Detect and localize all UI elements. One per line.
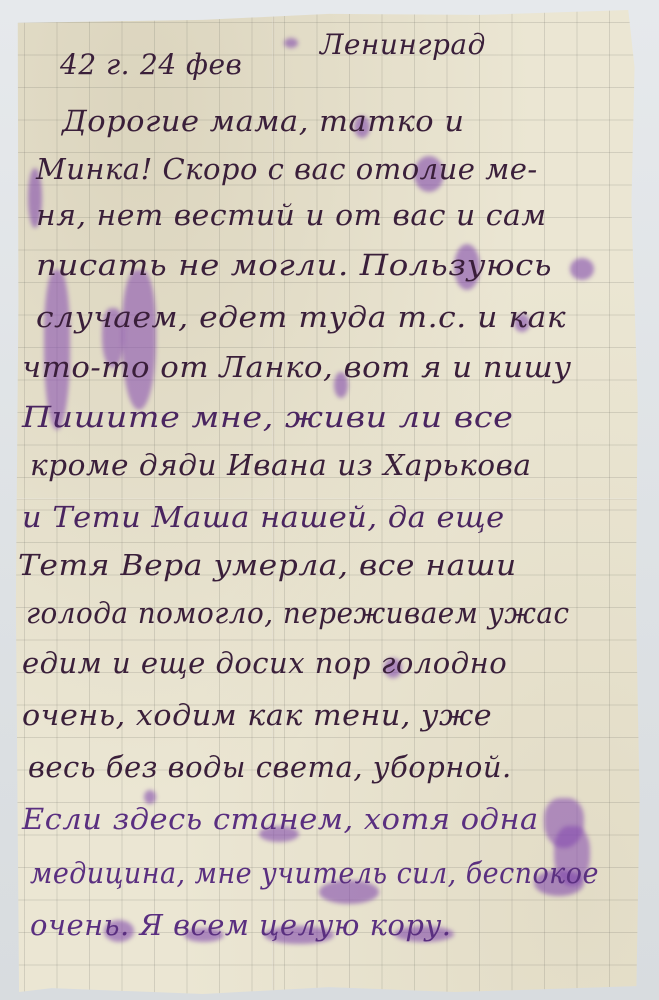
letter-line-7: Пишите мне, живи ли все: [22, 400, 513, 434]
letter-line-16: медицина, мне учитель сил, беспокое: [30, 856, 599, 890]
letter-line-1: Дорогие мама, татко и: [62, 104, 465, 138]
letter-line-12: едим и еще досих пор голодно: [22, 646, 507, 680]
ink-drip: [122, 270, 156, 410]
ink-blot: [284, 38, 298, 48]
letter-line-4: писать не могли. Пользуюсь: [36, 248, 552, 282]
header-date: 24 фев: [140, 48, 242, 81]
letter-line-10: Тетя Вера умерла, все наши: [18, 548, 517, 582]
letter-line-6: что-то от Ланко, вот я и пишу: [22, 350, 572, 384]
letter-line-2: Минка! Скоро с вас отолие ме-: [36, 152, 538, 186]
letter-line-11: голода помогло, переживаем ужас: [26, 596, 570, 630]
letter-line-17: очень. Я всем целую кору.: [30, 908, 452, 942]
ink-blot: [570, 258, 594, 280]
letter-line-13: очень, ходим как тени, уже: [22, 698, 492, 732]
letter-line-3: ня, нет вестий и от вас и сам: [36, 198, 547, 232]
header-place: Ленинград: [320, 28, 486, 61]
letter-line-15: Если здесь станем, хотя одна: [22, 802, 539, 836]
letter-line-14: весь без воды света, уборной.: [28, 750, 512, 784]
header-year: 42 г.: [60, 48, 130, 81]
letter-line-8: кроме дяди Ивана из Харькова: [30, 448, 531, 482]
letter-line-5: случаем, едет туда т.с. и как: [36, 300, 566, 334]
letter-line-9: и Тети Маша нашей, да еще: [22, 500, 505, 534]
